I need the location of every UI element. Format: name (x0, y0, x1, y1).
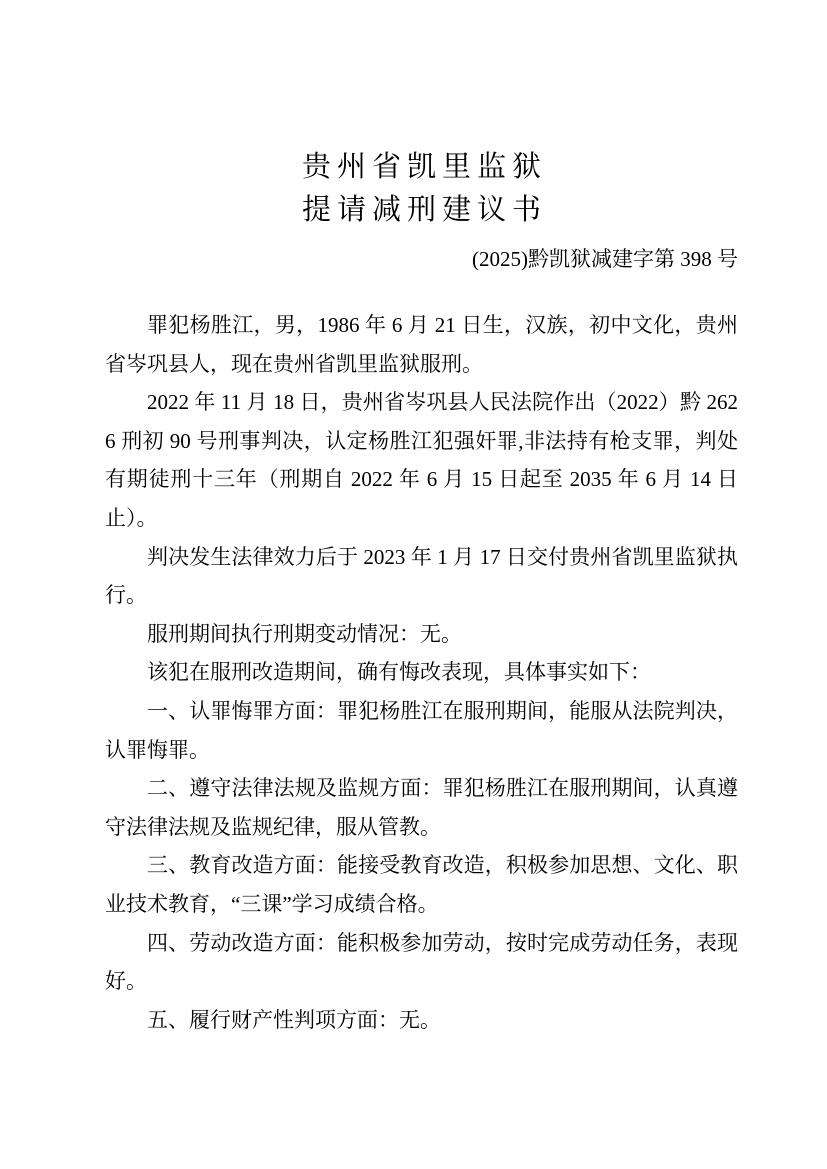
document-page: 贵州省凯里监狱 提请减刑建议书 (2025)黔凯狱减建字第 398 号 罪犯杨胜… (0, 0, 827, 1169)
paragraph-item-2: 二、遵守法律法规及监规方面：罪犯杨胜江在服刑期间，认真遵守法律法规及监规纪律，服… (105, 769, 738, 846)
paragraph-judgment: 2022 年 11 月 18 日，贵州省岑巩县人民法院作出（2022）黔 262… (105, 383, 738, 537)
document-title-line2: 提请减刑建议书 (105, 189, 738, 232)
paragraph-intro-facts: 该犯在服刑改造期间，确有悔改表现，具体事实如下： (105, 653, 738, 692)
document-content: 贵州省凯里监狱 提请减刑建议书 (2025)黔凯狱减建字第 398 号 罪犯杨胜… (105, 146, 738, 1039)
paragraph-defendant-info: 罪犯杨胜江，男，1986 年 6 月 21 日生，汉族，初中文化，贵州省岑巩县人… (105, 306, 738, 383)
document-title-line1: 贵州省凯里监狱 (105, 146, 738, 189)
paragraph-term-change: 服刑期间执行刑期变动情况：无。 (105, 615, 738, 654)
paragraph-item-3: 三、教育改造方面：能接受教育改造，积极参加思想、文化、职业技术教育，“三课”学习… (105, 846, 738, 923)
paragraph-item-5: 五、履行财产性判项方面：无。 (105, 1001, 738, 1040)
document-body: 罪犯杨胜江，男，1986 年 6 月 21 日生，汉族，初中文化，贵州省岑巩县人… (105, 306, 738, 1039)
paragraph-delivery: 判决发生法律效力后于 2023 年 1 月 17 日交付贵州省凯里监狱执行。 (105, 538, 738, 615)
document-number: (2025)黔凯狱减建字第 398 号 (105, 244, 738, 274)
paragraph-item-1: 一、认罪悔罪方面：罪犯杨胜江在服刑期间，能服从法院判决，认罪悔罪。 (105, 692, 738, 769)
paragraph-item-4: 四、劳动改造方面：能积极参加劳动，按时完成劳动任务，表现好。 (105, 924, 738, 1001)
